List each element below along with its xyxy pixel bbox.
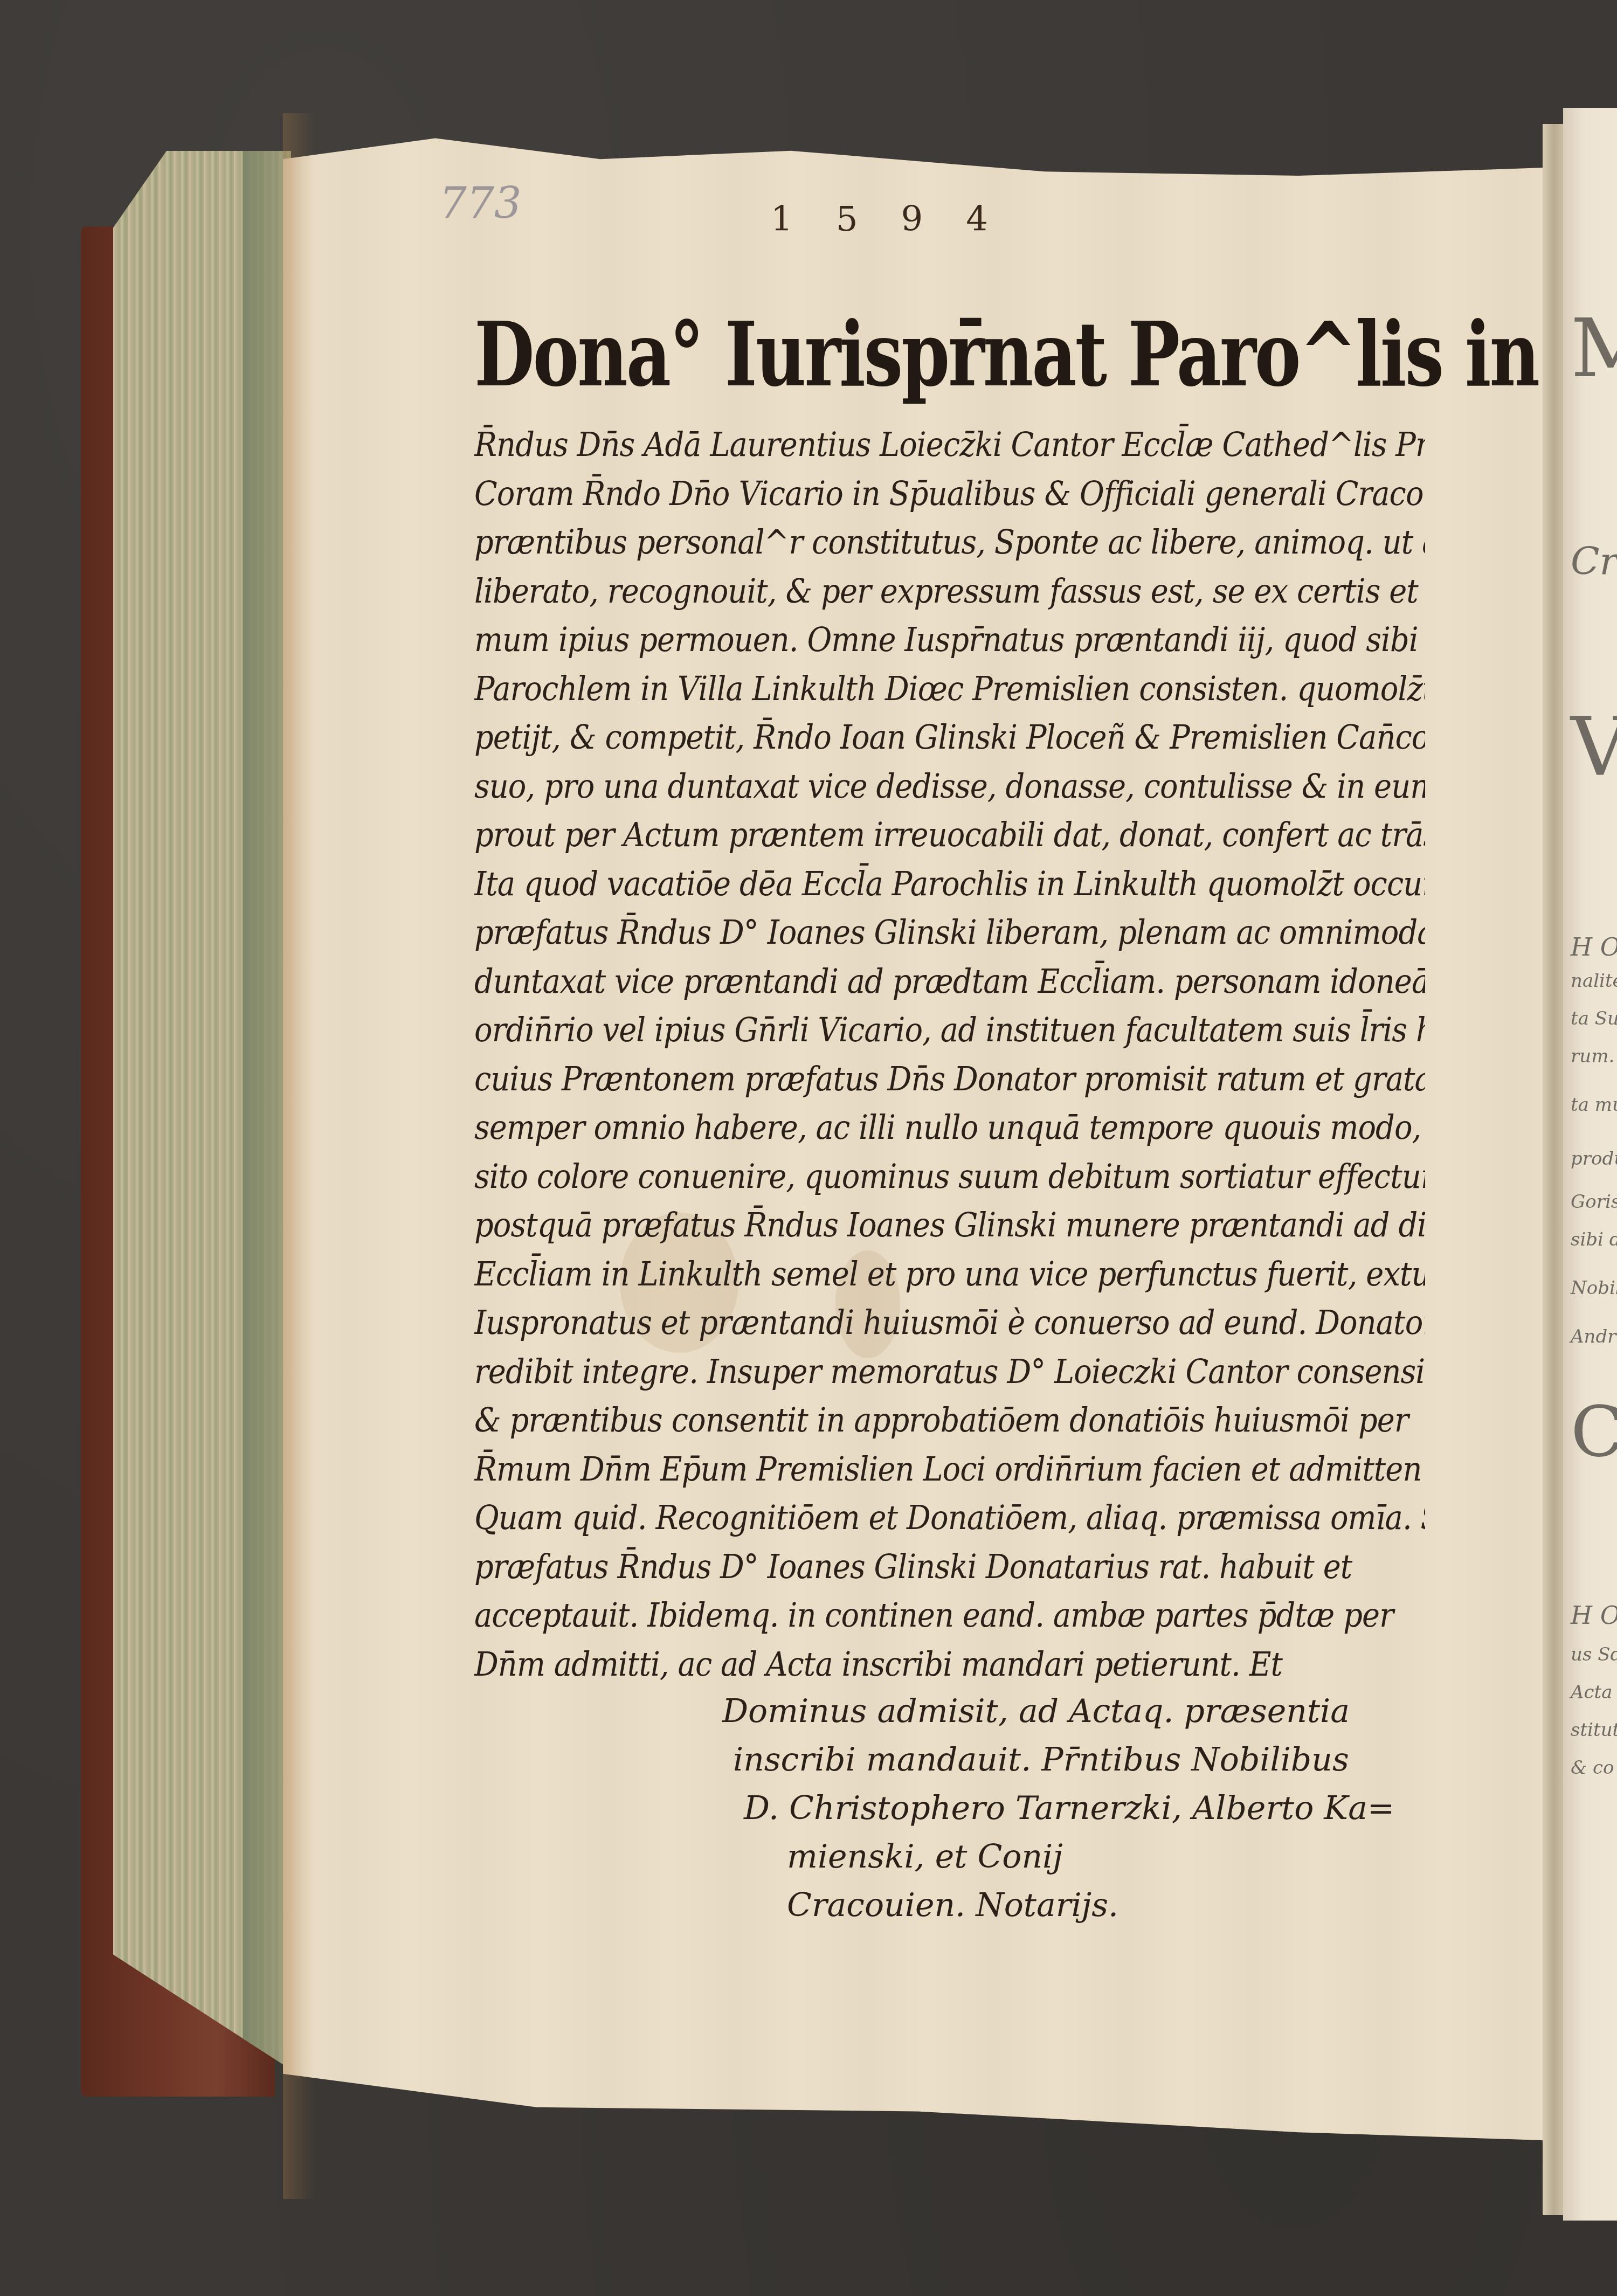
body-line: præfatus R̄ndus D° Ioanes Glinski libera… [474, 908, 1425, 957]
body-line: Iuspronatus et præntandi huiusmōi è conu… [474, 1298, 1425, 1347]
body-line: duntaxat vice præntandi ad prædtam Eccl̄… [474, 957, 1425, 1006]
body-line: postquā præfatus R̄ndus Ioanes Glinski m… [474, 1201, 1425, 1250]
body-line: prout per Actum præntem irreuocabili dat… [474, 811, 1425, 860]
facing-fragment: C [1571, 1391, 1617, 1472]
facing-fragment: naliter c [1571, 970, 1617, 992]
pencil-folio-number: 773 [439, 178, 522, 228]
facing-fragment: stitutu [1571, 1719, 1617, 1741]
body-line: Parochlem in Villa Linkulth Diœc Premisl… [474, 665, 1425, 714]
closing-line: Dominus admisit, ad Actaq. præsentia [722, 1687, 1423, 1735]
facing-fragment: H One [1571, 1601, 1617, 1630]
page-edge-shadow [283, 113, 315, 2199]
body-line: liberato, recognouit, & per expressum fa… [474, 567, 1425, 616]
facing-fragment: Acta pro [1571, 1682, 1617, 1703]
body-line: petijt, & competit, R̄ndo Ioan Glinski P… [474, 713, 1425, 762]
facing-fragment: us Sdw [1571, 1644, 1617, 1665]
facing-fragment: rum. co [1571, 1046, 1617, 1067]
page-stack-edge [113, 151, 291, 2070]
closing-attestation: Dominus admisit, ad Actaq. præsentia ins… [722, 1687, 1423, 1930]
facing-fragment: produc [1571, 1148, 1617, 1170]
facing-fragment: & co [1571, 1757, 1614, 1779]
facing-page-edge: M Crop VE H Onep naliter c ta Sutia rum.… [1563, 108, 1617, 2221]
entry-title: Dona° Iurispr̄nat Paro^lis in Linkulth [474, 302, 1617, 406]
body-line: ordin̄rio vel ipius Gn̄rli Vicario, ad i… [474, 1006, 1425, 1055]
closing-line: D. Christophero Tarnerzki, Alberto Ka= [722, 1784, 1423, 1832]
closing-line: mienski, et Conij [722, 1832, 1423, 1881]
book-gutter [1543, 124, 1565, 2215]
body-line: præfatus R̄ndus D° Ioanes Glinski Donata… [474, 1543, 1425, 1592]
body-line: Ita quod vacatiōe dēa Eccl̄a Parochlis i… [474, 860, 1425, 909]
body-line: præntibus personal^r constitutus, Sponte… [474, 518, 1425, 567]
body-line: cuius Præntonem præfatus Dn̄s Donator pr… [474, 1055, 1425, 1104]
facing-fragment: Crop [1571, 539, 1617, 583]
closing-line: Cracouien. Notarijs. [722, 1881, 1423, 1930]
facing-fragment: sibi dec [1571, 1229, 1617, 1250]
year-heading: 1594 [771, 199, 1031, 239]
body-line: redibit integre. Insuper memoratus D° Lo… [474, 1347, 1425, 1396]
body-line: sito colore conuenire, quominus suum deb… [474, 1152, 1425, 1201]
body-line: Dn̄m admitti, ac ad Acta inscribi mandar… [474, 1640, 1425, 1689]
facing-fragment: VE [1571, 701, 1617, 794]
body-line: Coram R̄ndo Dn̄o Vicario in Sp̄ualibus &… [474, 469, 1425, 518]
entry-body: R̄ndus Dn̄s Adā Laurentius Loiecz̄ki Can… [474, 420, 1531, 1689]
body-line: acceptauit. Ibidemq. in continen eand. a… [474, 1591, 1425, 1640]
facing-fragment: Gorissen [1571, 1191, 1617, 1213]
facing-fragment: Nobilis [1571, 1277, 1617, 1299]
closing-line: inscribi mandauit. Pr̄ntibus Nobilibus [722, 1735, 1423, 1784]
facing-fragment: ta mun [1571, 1094, 1617, 1116]
body-line: semper omnio habere, ac illi nullo unquā… [474, 1103, 1425, 1152]
facing-fragment: Andrea [1571, 1326, 1617, 1347]
body-line: R̄ndus Dn̄s Adā Laurentius Loiecz̄ki Can… [474, 420, 1425, 469]
body-line: Quam quid. Recognitiōem et Donatiōem, al… [474, 1493, 1425, 1543]
body-line: & præntibus consentit in approbatiōem do… [474, 1396, 1425, 1445]
facing-fragment: ta Sutia [1571, 1008, 1617, 1029]
body-line: mum ipius permouen. Omne Iuspr̄natus præ… [474, 616, 1425, 665]
facing-fragment: M [1571, 302, 1617, 396]
body-line: Eccl̄iam in Linkulth semel et pro una vi… [474, 1250, 1425, 1299]
body-line: R̄mum Dn̄m Ep̄um Premislien Loci ordin̄r… [474, 1445, 1425, 1494]
body-line: suo, pro una duntaxat vice dedisse, dona… [474, 762, 1425, 811]
facing-fragment: H Onep [1571, 932, 1617, 962]
